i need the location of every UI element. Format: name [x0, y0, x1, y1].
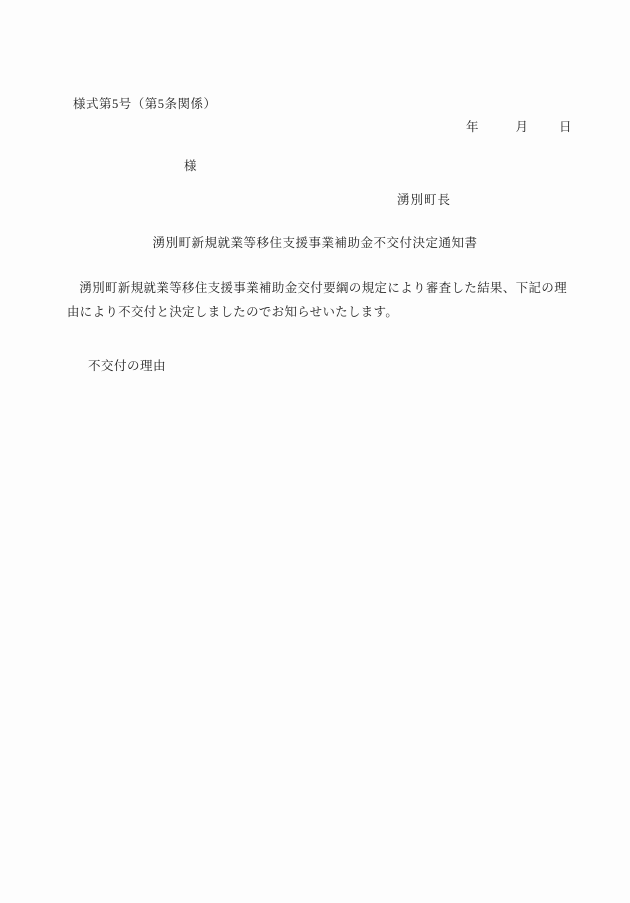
form-number: 様式第5号（第5条関係） — [73, 94, 217, 112]
body-paragraph: 湧別町新規就業等移住支援事業補助金交付要綱の規定により審査した結果、下記の理由に… — [67, 276, 567, 324]
addressee-suffix: 様 — [184, 156, 197, 174]
date-day-label: 日 — [559, 117, 572, 135]
sender-name: 湧別町長 — [397, 190, 451, 208]
date-line: 年 月 日 — [466, 117, 572, 135]
date-year-label: 年 — [466, 117, 479, 135]
date-month-label: 月 — [516, 117, 529, 135]
document-page: 様式第5号（第5条関係） 年 月 日 様 湧別町長 湧別町新規就業等移住支援事業… — [0, 0, 630, 903]
document-title: 湧別町新規就業等移住支援事業補助金不交付決定通知書 — [0, 233, 630, 251]
reason-label: 不交付の理由 — [88, 356, 166, 374]
